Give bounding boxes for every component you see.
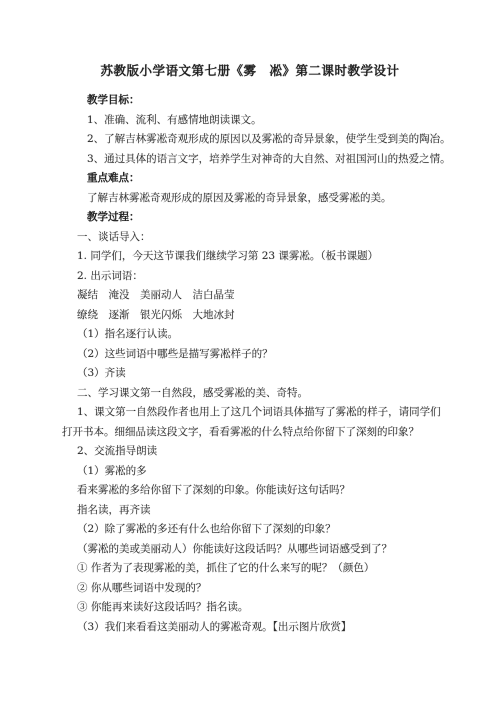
text-line: 了解吉林雾凇奇观形成的原因及雾凇的奇异景象，感受雾凇的美。	[62, 189, 438, 209]
text-line: （3）我们来看看这美丽动人的雾凇奇观。【出示图片欣赏】	[62, 618, 438, 638]
section-heading-line: 重点难点：	[62, 169, 438, 189]
text-line: 1、课文第一自然段作者也用上了这几个词语具体描写了雾凇的样子，请同学们	[62, 403, 438, 423]
text-line: 看来雾凇的多给你留下了深刻的印象。你能读好这句话吗？	[62, 481, 438, 501]
text-line: 2. 出示词语：	[62, 267, 438, 287]
document-page: 苏教版小学语文第七册《雾 凇》第二课时教学设计 教学目标：1、准确、流利、有感情…	[0, 0, 500, 708]
text-line: 2、交流指导朗读	[62, 442, 438, 462]
text-line: （1）指名逐行认读。	[62, 325, 438, 345]
text-line: （1）雾凇的多	[62, 462, 438, 482]
document-body: 教学目标：1、准确、流利、有感情地朗读课文。2、了解吉林雾凇奇观形成的原因以及雾…	[62, 91, 438, 637]
text-line: （2）除了雾凇的多还有什么也给你留下了深刻的印象？	[62, 520, 438, 540]
text-line: 3、通过具体的语言文字，培养学生对神奇的大自然、对祖国河山的热爱之情。	[62, 150, 438, 170]
text-line: （2）这些词语中哪些是描写雾凇样子的？	[62, 345, 438, 365]
text-line: 凝结 淹没 美丽动人 洁白晶莹	[62, 286, 438, 306]
text-line: 缭绕 逐渐 银光闪烁 大地冰封	[62, 306, 438, 326]
text-line: ③ 你能再来读好这段话吗？指名读。	[62, 598, 438, 618]
document-title: 苏教版小学语文第七册《雾 凇》第二课时教学设计	[62, 62, 438, 80]
text-line: 1. 同学们，今天这节课我们继续学习第 23 课雾凇。（板书课题）	[62, 247, 438, 267]
text-line: ② 你从哪些词语中发现的？	[62, 579, 438, 599]
text-line: 打开书本。细细品读这段文字，看看雾凇的什么特点给你留下了深刻的印象？	[62, 423, 438, 443]
section-heading-line: 教学过程：	[62, 208, 438, 228]
text-line: 二、学习课文第一自然段，感受雾凇的美、奇特。	[62, 384, 438, 404]
text-line: 指名读，再齐读	[62, 501, 438, 521]
text-line: ① 作者为了表现雾凇的美，抓住了它的什么来写的呢？（颜色）	[62, 559, 438, 579]
text-line: 2、了解吉林雾凇奇观形成的原因以及雾凇的奇异景象，使学生受到美的陶冶。	[62, 130, 438, 150]
text-line: 一、谈话导入：	[62, 228, 438, 248]
text-line: 1、准确、流利、有感情地朗读课文。	[62, 111, 438, 131]
section-heading-line: 教学目标：	[62, 91, 438, 111]
text-line: （雾凇的美或美丽动人）你能读好这段话吗？从哪些词语感受到了？	[62, 540, 438, 560]
text-line: （3）齐读	[62, 364, 438, 384]
